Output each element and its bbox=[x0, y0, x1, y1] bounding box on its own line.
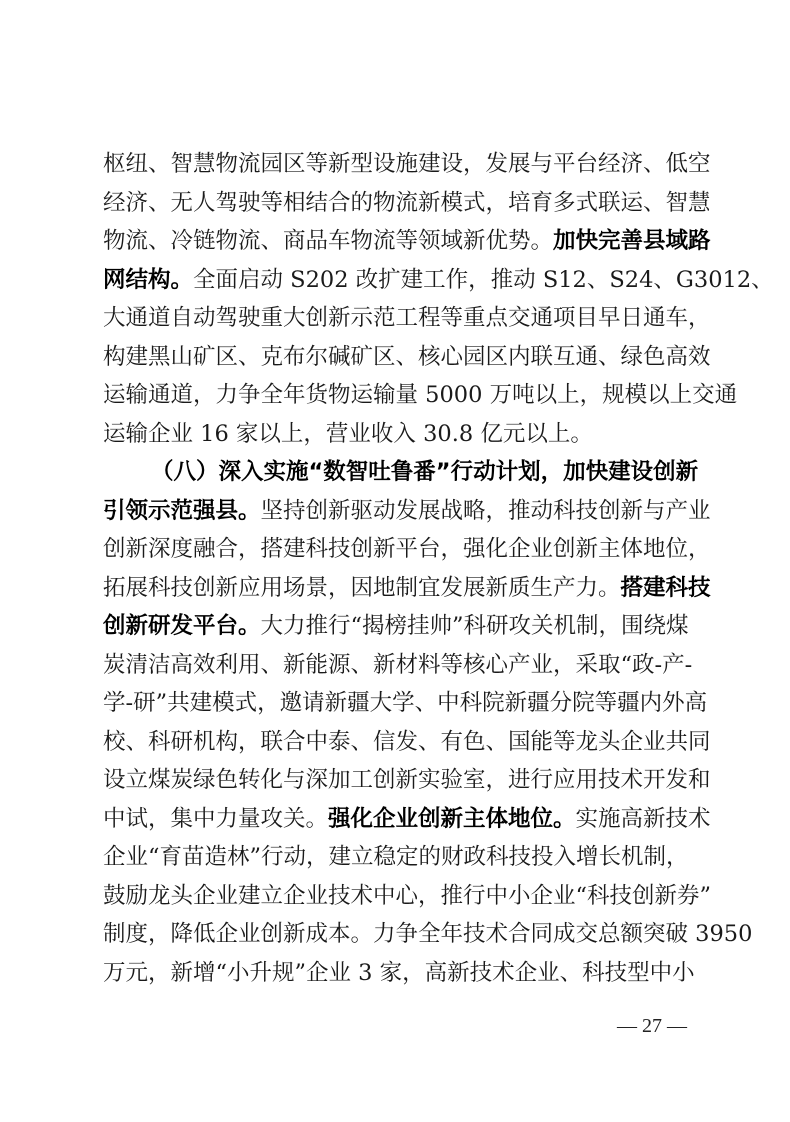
body-text: 枢纽、智慧物流园区等新型设施建设，发展与平台经济、低空 经济、无人驾驶等相结合的… bbox=[103, 145, 688, 992]
text-segment: 构建黑山矿区、克布尔碱矿区、核心园区内联互通、绿色高效 bbox=[103, 344, 711, 370]
text-line: 万元，新增“小升规”企业 3 家，高新技术企业、科技型中小 bbox=[103, 954, 688, 993]
text-line: 设立煤炭绿色转化与深加工创新实验室，进行应用技术开发和 bbox=[103, 761, 688, 800]
section-heading: 引领示范强县。 bbox=[103, 498, 261, 524]
text-segment: 校、科研机构，联合中泰、信发、有色、国能等龙头企业共同 bbox=[103, 729, 711, 755]
text-segment: 大通道自动驾驶重大创新示范工程等重点交通项目早日通车， bbox=[103, 305, 711, 331]
text-segment: 实施高新技术 bbox=[576, 806, 711, 832]
section-heading-line: （八）深入实施“数智吐鲁番”行动计划，加快建设创新 bbox=[103, 453, 688, 492]
text-line: 经济、无人驾驶等相结合的物流新模式，培育多式联运、智慧 bbox=[103, 184, 688, 223]
document-page: 枢纽、智慧物流园区等新型设施建设，发展与平台经济、低空 经济、无人驾驶等相结合的… bbox=[0, 0, 790, 1122]
text-segment: 运输企业 16 家以上，营业收入 30.8 亿元以上。 bbox=[103, 421, 593, 447]
bold-heading-segment: 强化企业创新主体地位。 bbox=[328, 806, 576, 832]
text-segment: 物流、冷链物流、商品车物流等领域新优势。 bbox=[103, 228, 553, 254]
text-line: 制度，降低企业创新成本。力争全年技术合同成交总额突破 3950 bbox=[103, 915, 688, 954]
text-line: 中试，集中力量攻关。强化企业创新主体地位。实施高新技术 bbox=[103, 800, 688, 839]
text-line: 枢纽、智慧物流园区等新型设施建设，发展与平台经济、低空 bbox=[103, 145, 688, 184]
text-line: 运输企业 16 家以上，营业收入 30.8 亿元以上。 bbox=[103, 415, 688, 454]
text-segment: 鼓励龙头企业建立企业技术中心，推行中小企业“科技创新券” bbox=[103, 883, 711, 909]
text-segment: 运输通道，力争全年货物运输量 5000 万吨以上，规模以上交通 bbox=[103, 382, 737, 408]
bold-heading-segment: 加快完善县域路 bbox=[553, 228, 711, 254]
text-segment: 大力推行“揭榜挂帅”科研攻关机制，围绕煤 bbox=[261, 613, 689, 639]
text-segment: 经济、无人驾驶等相结合的物流新模式，培育多式联运、智慧 bbox=[103, 190, 711, 216]
bold-heading-segment: 搭建科技 bbox=[621, 575, 711, 601]
text-line: 大通道自动驾驶重大创新示范工程等重点交通项目早日通车， bbox=[103, 299, 688, 338]
text-segment: 全面启动 S202 改扩建工作，推动 S12、S24、G3012、 bbox=[193, 267, 774, 293]
text-line: 引领示范强县。坚持创新驱动发展战略，推动科技创新与产业 bbox=[103, 492, 688, 531]
text-line: 构建黑山矿区、克布尔碱矿区、核心园区内联互通、绿色高效 bbox=[103, 338, 688, 377]
text-segment: 坚持创新驱动发展战略，推动科技创新与产业 bbox=[261, 498, 711, 524]
bold-heading-segment: 网结构。 bbox=[103, 267, 193, 293]
page-number: — 27 — bbox=[612, 1012, 692, 1040]
text-segment: 枢纽、智慧物流园区等新型设施建设，发展与平台经济、低空 bbox=[103, 151, 711, 177]
text-line: 网结构。全面启动 S202 改扩建工作，推动 S12、S24、G3012、 bbox=[103, 261, 688, 300]
text-line: 运输通道，力争全年货物运输量 5000 万吨以上，规模以上交通 bbox=[103, 376, 688, 415]
text-segment: 学-研”共建模式，邀请新疆大学、中科院新疆分院等疆内外高 bbox=[103, 690, 707, 716]
bold-heading-segment: 创新研发平台。 bbox=[103, 613, 261, 639]
text-segment: 设立煤炭绿色转化与深加工创新实验室，进行应用技术开发和 bbox=[103, 767, 711, 793]
text-line: 校、科研机构，联合中泰、信发、有色、国能等龙头企业共同 bbox=[103, 723, 688, 762]
text-segment: 中试，集中力量攻关。 bbox=[103, 806, 328, 832]
section-heading: （八）深入实施“数智吐鲁番”行动计划，加快建设创新 bbox=[151, 459, 698, 485]
text-line: 拓展科技创新应用场景，因地制宜发展新质生产力。搭建科技 bbox=[103, 569, 688, 608]
text-line: 企业“育苗造林”行动，建立稳定的财政科技投入增长机制， bbox=[103, 838, 688, 877]
text-segment: 企业“育苗造林”行动，建立稳定的财政科技投入增长机制， bbox=[103, 844, 689, 870]
text-segment: 制度，降低企业创新成本。力争全年技术合同成交总额突破 3950 bbox=[103, 921, 752, 947]
text-line: 学-研”共建模式，邀请新疆大学、中科院新疆分院等疆内外高 bbox=[103, 684, 688, 723]
text-line: 创新研发平台。大力推行“揭榜挂帅”科研攻关机制，围绕煤 bbox=[103, 607, 688, 646]
text-segment: 炭清洁高效利用、新能源、新材料等核心产业，采取“政-产- bbox=[103, 652, 692, 678]
text-line: 炭清洁高效利用、新能源、新材料等核心产业，采取“政-产- bbox=[103, 646, 688, 685]
text-line: 创新深度融合，搭建科技创新平台，强化企业创新主体地位， bbox=[103, 530, 688, 569]
text-segment: 创新深度融合，搭建科技创新平台，强化企业创新主体地位， bbox=[103, 536, 711, 562]
text-segment: 万元，新增“小升规”企业 3 家，高新技术企业、科技型中小 bbox=[103, 960, 695, 986]
text-segment: 拓展科技创新应用场景，因地制宜发展新质生产力。 bbox=[103, 575, 621, 601]
text-line: 物流、冷链物流、商品车物流等领域新优势。加快完善县域路 bbox=[103, 222, 688, 261]
text-line: 鼓励龙头企业建立企业技术中心，推行中小企业“科技创新券” bbox=[103, 877, 688, 916]
